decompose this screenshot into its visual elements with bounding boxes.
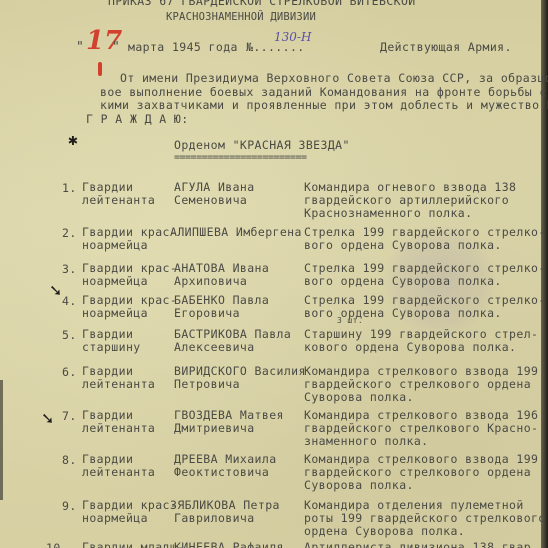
- entry-rank: Гвардии крас-ноармейца: [82, 499, 177, 525]
- header-line-1: ПРИКАЗ 67 ГВАРДЕЙСКОЙ СТРЕЛКОВОЙ ВИТЕБСК…: [108, 0, 416, 8]
- entry-position: Стрелка 199 гвардейского стрелко-вого ор…: [304, 226, 546, 252]
- entry-rank: Гвардии крас-ноармейца: [82, 294, 177, 320]
- header-line-2: КРАСНОЗНАМЕННОЙ ДИВИЗИИ: [166, 11, 316, 23]
- date-text: марта 1945 года: [128, 40, 238, 54]
- entry-number: 8.: [62, 453, 77, 467]
- interlinear-note: 3 шт.: [337, 316, 363, 325]
- entry-name: АЛИПШЕВА Имбергена: [170, 226, 302, 239]
- entry-position: Командира отделения пулеметнойроты 199 г…: [304, 499, 546, 538]
- entry-name: ЗЯБЛИКОВА ПетраГавриловича: [170, 499, 280, 525]
- entry-position: Командира стрелкового взвода 199гвардейс…: [304, 365, 538, 404]
- entry-name: АГУЛА ИванаСеменовича: [174, 181, 255, 207]
- pencil-check-mark: ➘: [50, 280, 61, 301]
- scan-edge-left: [0, 380, 3, 500]
- entry-name: ВИРИДСКОГО ВасилияПетровича: [174, 365, 306, 391]
- intro-line: кими захватчиками и проявленные при этом…: [100, 99, 548, 113]
- intro-paragraph: От имени Президиума Верховного Совета Со…: [80, 72, 548, 126]
- intro-line: Г Р А Ж Д А Ю:: [86, 113, 548, 127]
- entry-number: 6.: [62, 365, 77, 379]
- intro-line: От имени Президиума Верховного Совета Со…: [80, 72, 548, 86]
- date-quote-close: ": [112, 40, 120, 55]
- entry-rank: Гвардии младш-: [82, 541, 185, 548]
- entry-position: Командира стрелкового взвода 199гвардейс…: [304, 453, 538, 492]
- entry-number: 2.: [62, 226, 77, 240]
- date-quote-open: ": [76, 40, 84, 55]
- handwritten-order-number: 130-Н: [274, 30, 311, 44]
- entry-rank: Гвардиилейтенанта: [82, 453, 155, 479]
- entry-rank: Гвардии крас-ноармейца: [82, 226, 177, 252]
- ink-blot: ✱: [68, 130, 78, 149]
- entry-name: ГВОЗДЕВА МатвеяДмитриевича: [174, 409, 284, 435]
- entry-number: 1.: [62, 181, 77, 195]
- entry-name: ДРЕЕВА МихаилаФеоктистовича: [174, 453, 277, 479]
- entry-position: Командира стрелкового взвода 196гвардейс…: [304, 409, 538, 448]
- entry-position: Артиллериста дивизиона 138 гвар: [304, 541, 531, 548]
- entry-rank: Гвардиилейтенанта: [82, 409, 155, 435]
- location-label: Действующая Армия.: [380, 40, 512, 54]
- entry-number: 3.: [62, 262, 77, 276]
- entry-rank: Гвардиистаршину: [82, 328, 141, 354]
- entry-position: Стрелка 199 гвардейского стрелко-вого ор…: [304, 262, 546, 288]
- entry-number: 7.: [62, 409, 77, 423]
- entry-name: БАБЕНКО ПавлаЕгоровича: [174, 294, 269, 320]
- entry-rank: Гвардии крас-ноармейца: [82, 262, 177, 288]
- entry-number: 4.: [62, 294, 77, 308]
- entry-rank: Гвардиилейтенанта: [82, 181, 155, 207]
- entry-number: 9.: [62, 499, 77, 513]
- entry-rank: Гвардиилейтенанта: [82, 365, 155, 391]
- entry-number: 5.: [62, 328, 77, 342]
- entry-name: АНАТОВА ИванаАрхиповича: [174, 262, 269, 288]
- entry-name: БАСТРИКОВА ПавлаАлексеевича: [174, 328, 291, 354]
- intro-line: вое выполнение боевых заданий Командован…: [100, 86, 548, 100]
- pencil-check-mark: ➘: [42, 408, 53, 429]
- order-title-underline: ========================: [174, 152, 307, 163]
- entry-position: Командира огневого взвода 138гвардейског…: [304, 181, 516, 220]
- entry-position: Старшину 199 гвардейского стрел-кового о…: [304, 328, 538, 354]
- entry-number: 10.: [46, 541, 68, 548]
- entry-name: КИНЕЕВА Рафаиля: [174, 541, 284, 548]
- order-title: Орденом "КРАСНАЯ ЗВЕЗДА": [174, 138, 350, 152]
